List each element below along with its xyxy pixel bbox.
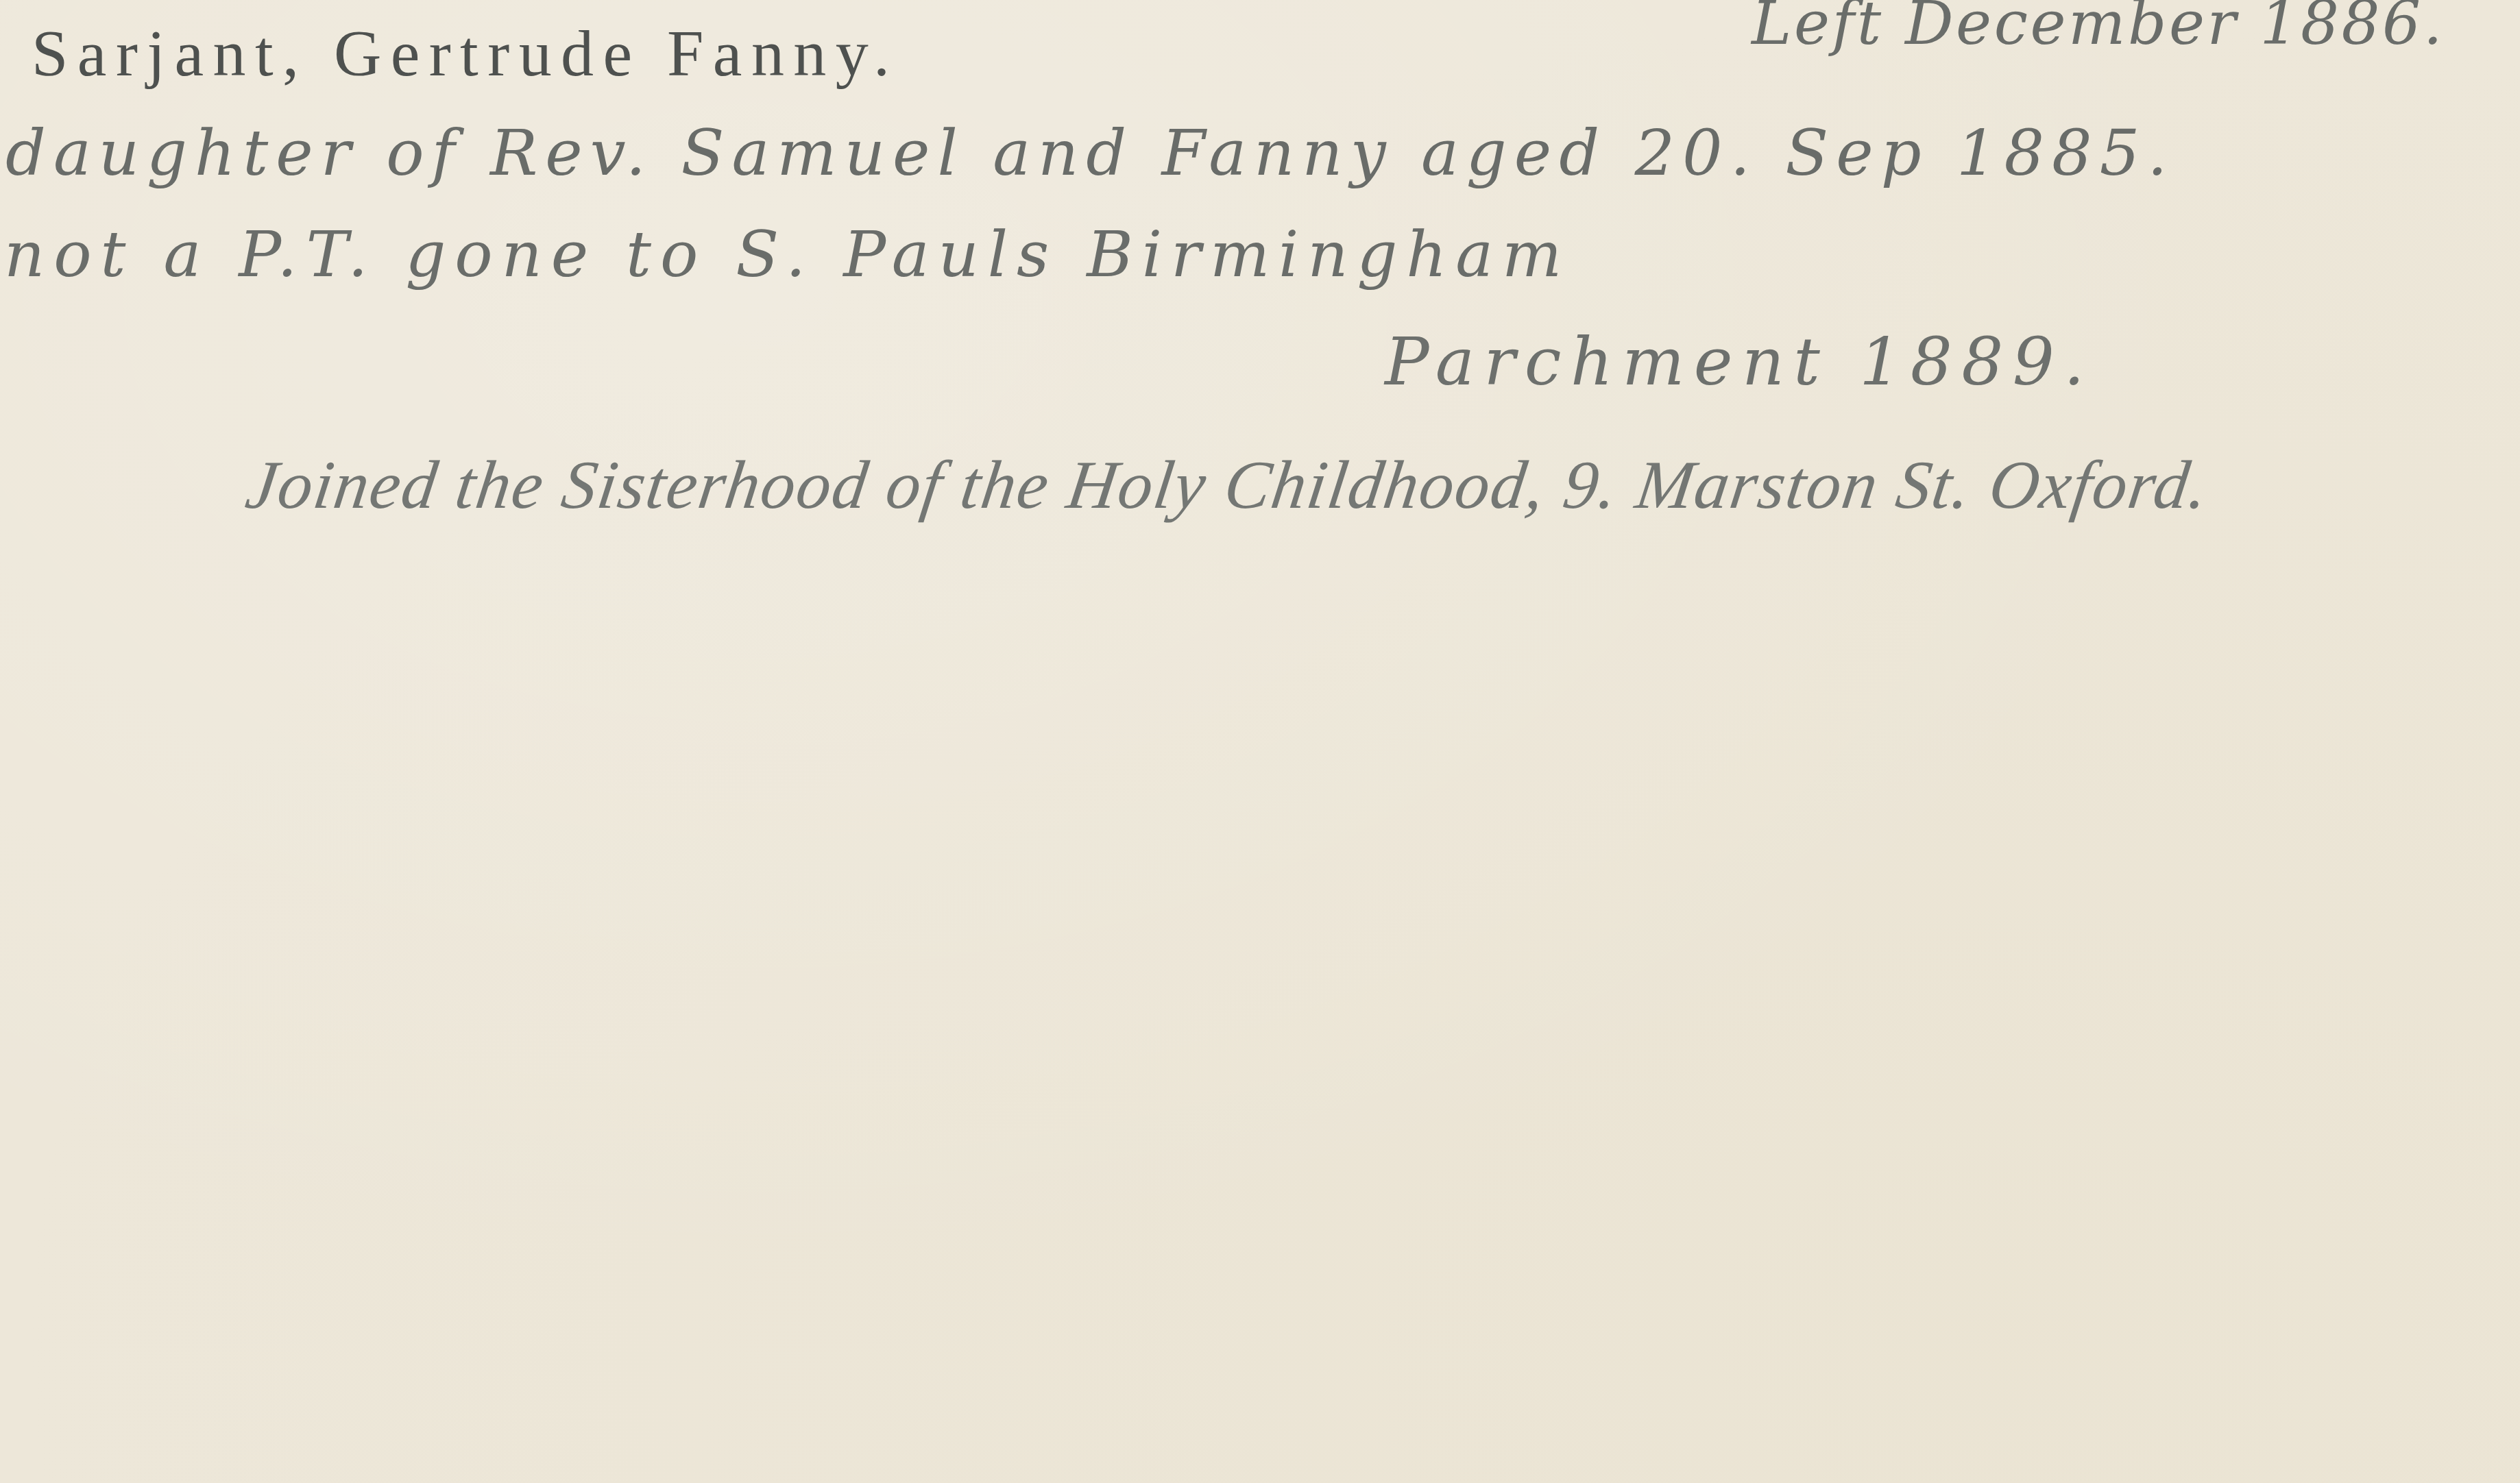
left-date-note: Left December 1886. bbox=[1752, 0, 2445, 58]
parchment-line: Parchment 1889. bbox=[1385, 323, 2094, 400]
parentage-line: daughter of Rev. Samuel and Fanny aged 2… bbox=[5, 117, 2175, 190]
entry-name: Sarjant, Gertrude Fanny. bbox=[32, 15, 899, 91]
later-note-line: Joined the Sisterhood of the Holy Childh… bbox=[241, 445, 2214, 524]
status-note-line: not a P.T. gone to S. Pauls Birmingham bbox=[4, 218, 1571, 291]
register-page: Sarjant, Gertrude Fanny. Left December 1… bbox=[0, 0, 2520, 1483]
